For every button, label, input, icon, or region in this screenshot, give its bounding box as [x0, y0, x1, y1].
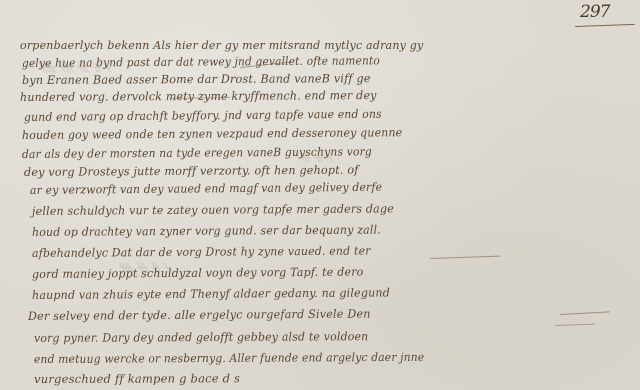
manuscript-line: orpenbaerlych bekenn Als hier der gy mer… [20, 38, 423, 52]
line-text: gund end varg op drachft beyffory. jnd v… [24, 107, 382, 124]
line-text: Der selvey end der tyde. alle ergelyc ou… [28, 307, 371, 323]
manuscript-line: vurgeschued ff kampen g bace d s [34, 371, 240, 386]
line-text: orpenbaerlych bekenn Als hier der gy mer… [20, 38, 423, 52]
manuscript-line: houden goy weed onde ten zynen vezpaud e… [22, 125, 402, 142]
line-text: ar ey verzworft van dey vaued end magf v… [30, 180, 382, 197]
line-text: jellen schuldych vur te zatey ouen vorg … [32, 201, 394, 218]
manuscript-line: jellen schuldych vur te zatey ouen vorg … [32, 201, 394, 218]
line-text: houd op drachtey van zyner vorg gund. se… [32, 222, 381, 239]
line-text: dey vorg Drosteys jutte morff verzorty. … [24, 163, 359, 179]
line-text: dar als dey der morsten na tyde eregen v… [22, 144, 372, 161]
line-text: gelye hue na bynd past dar dat rewey jnd… [22, 53, 380, 70]
manuscript-line: byn Eranen Baed asser Bome dar Drost. Ba… [22, 71, 371, 87]
manuscript-line: gord maniey joppt schuldyzal voyn dey vo… [32, 265, 364, 281]
manuscript-line: gelye hue na bynd past dar dat rewey jnd… [22, 53, 380, 70]
manuscript-line: gund end varg op drachft beyffory. jnd v… [24, 107, 382, 124]
pen-flourish [575, 24, 635, 27]
line-text: hundered vorg. dervolck mety zyme kryffm… [20, 88, 377, 104]
manuscript-line: houd op drachtey van zyner vorg gund. se… [32, 222, 381, 239]
line-text: vorg pyner. Dary dey anded gelofft gebbe… [34, 329, 368, 345]
manuscript-line: haupnd van zhuis eyte end Thenyf aldaer … [32, 285, 390, 302]
pen-flourish [560, 311, 610, 315]
line-text: vurgeschued ff kampen g bace d s [34, 371, 240, 386]
manuscript-line: dey vorg Drosteys jutte morff verzorty. … [24, 163, 359, 179]
line-text: houden goy weed onde ten zynen vezpaud e… [22, 125, 402, 142]
line-text: byn Eranen Baed asser Bome dar Drost. Ba… [22, 71, 371, 87]
line-text: end metuug wercke or nesbernyg. Aller fu… [34, 350, 424, 366]
pen-flourish [555, 324, 595, 327]
manuscript-line: vorg pyner. Dary dey anded gelofft gebbe… [34, 329, 368, 345]
manuscript-line: hundered vorg. dervolck mety zyme kryffm… [20, 88, 377, 104]
pen-flourish [430, 256, 500, 260]
manuscript-line: afbehandelyc Dat dar de vorg Drost hy zy… [32, 244, 371, 260]
folio-number: 297 [580, 2, 609, 22]
line-text: haupnd van zhuis eyte end Thenyf aldaer … [32, 285, 390, 302]
manuscript-page: ᚋ ᚌ ᚍ ᚎ ᚏ ᚋ ᚌ ᚍ ᚋ ᚌ ᚍ ᚎ 297 orpenbaerlyc… [0, 0, 640, 390]
manuscript-line: end metuug wercke or nesbernyg. Aller fu… [34, 350, 424, 366]
manuscript-line: Der selvey end der tyde. alle ergelyc ou… [28, 307, 371, 323]
manuscript-line: dar als dey der morsten na tyde eregen v… [22, 144, 372, 161]
line-text: afbehandelyc Dat dar de vorg Drost hy zy… [32, 244, 371, 260]
manuscript-line: ar ey verzworft van dey vaued end magf v… [30, 180, 382, 197]
line-text: gord maniey joppt schuldyzal voyn dey vo… [32, 265, 364, 281]
